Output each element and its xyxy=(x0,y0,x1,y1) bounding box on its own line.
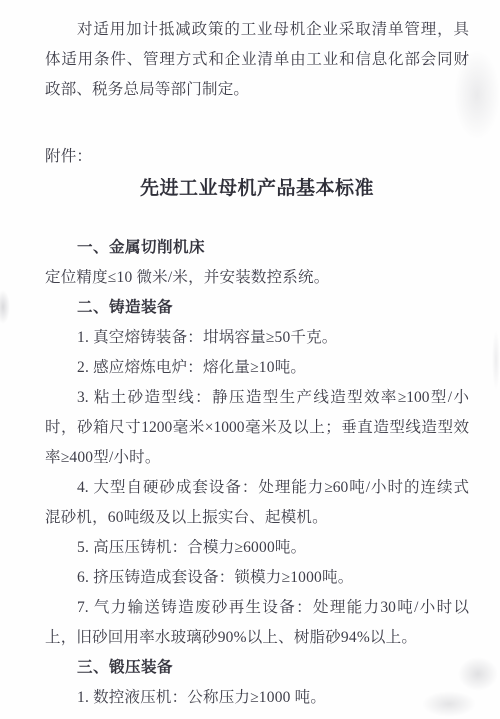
section-heading-3: 三、锻压装备 xyxy=(45,653,469,683)
blank-gap xyxy=(45,105,469,142)
standard-line: 5. 高压压铸机：合模力≥6000吨。 xyxy=(45,533,469,563)
standard-line: 上，旧砂回用率水玻璃砂90%以上、树脂砂94%以上。 xyxy=(45,623,469,653)
blank-gap xyxy=(45,206,469,233)
standard-line: 4. 大型自硬砂成套设备：处理能力≥60吨/小时的连续式 xyxy=(45,473,469,503)
document-page: 对适用加计抵减政策的工业母机企业采取清单管理，具体适用条件、管理方式和企业清单由… xyxy=(0,0,500,719)
intro-paragraph-line: 政部、税务总局等部门制定。 xyxy=(45,75,469,105)
intro-paragraph-line: 体适用条件、管理方式和企业清单由工业和信息化部会同财 xyxy=(45,45,469,75)
standard-line: 率≥400型/小时。 xyxy=(45,443,469,473)
section-heading-2: 二、铸造装备 xyxy=(45,293,469,323)
standard-line: 2. 感应熔炼电炉：熔化量≥10吨。 xyxy=(45,353,469,383)
standard-line: 混砂机，60吨级及以上振实台、起模机。 xyxy=(45,503,469,533)
document-title: 先进工业母机产品基本标准 xyxy=(45,172,469,206)
scan-smudge xyxy=(0,290,10,324)
standard-line: 3. 粘土砂造型线：静压造型生产线造型效率≥100型/小 xyxy=(45,383,469,413)
standard-line: 7. 气力输送铸造废砂再生设备：处理能力30吨/小时以 xyxy=(45,593,469,623)
section-heading-1: 一、金属切削机床 xyxy=(45,233,469,263)
intro-paragraph-line: 对适用加计抵减政策的工业母机企业采取清单管理，具 xyxy=(45,15,469,45)
standard-line: 1. 数控液压机：公称压力≥1000 吨。 xyxy=(45,683,469,713)
standard-line: 1. 真空熔铸装备：坩埚容量≥50千克。 xyxy=(45,323,469,353)
document-body: 对适用加计抵减政策的工业母机企业采取清单管理，具体适用条件、管理方式和企业清单由… xyxy=(45,15,469,713)
standard-line: 6. 挤压铸造成套设备：锁模力≥1000吨。 xyxy=(45,563,469,593)
attachment-label: 附件： xyxy=(45,142,469,172)
standard-line: 时，砂箱尺寸1200毫米×1000毫米及以上；垂直造型线造型效 xyxy=(45,413,469,443)
scan-smudge xyxy=(492,330,500,390)
standard-line: 定位精度≤10 微米/米，并安装数控系统。 xyxy=(45,263,469,293)
